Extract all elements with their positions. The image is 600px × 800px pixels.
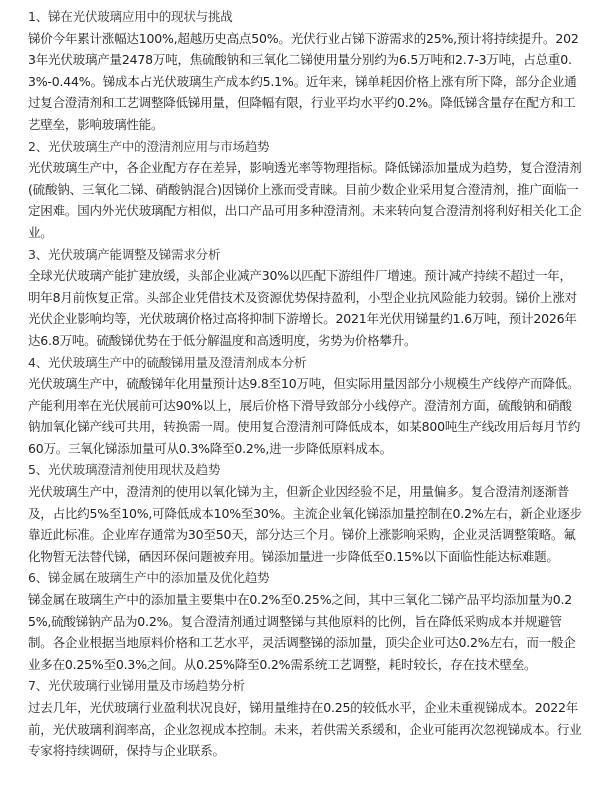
section-heading: 4、光伏玻璃生产中的硫酸锑用量及澄清剂成本分析 [28,352,582,374]
section-paragraph: 过去几年，光伏玻璃行业盈利状况良好，锑用量维持在0.25的较低水平，企业未重视锑… [28,697,582,762]
section-2: 2、光伏玻璃生产中的澄清剂应用与市场趋势 光伏玻璃生产中，各企业配方存在差异，影… [28,136,582,244]
section-paragraph: 锑金属在玻璃生产中的添加量主要集中在0.2%至0.25%之间，其中三氧化二锑产品… [28,589,582,675]
section-heading: 1、锑在光伏玻璃应用中的现状与挑战 [28,6,582,28]
section-paragraph: 全球光伏玻璃产能扩建放缓，头部企业减产30%以匹配下游组件厂增速。预计减产持续不… [28,265,582,351]
section-paragraph: (硫酸钠、三氧化二锑、硝酸钠混合)因锑价上涨而受青睐。目前少数企业采用复合澄清剂… [28,179,582,244]
section-5: 5、光伏玻璃澄清剂使用现状及趋势 光伏玻璃生产中，澄清剂的使用以氧化锑为主，但新… [28,459,582,567]
section-heading: 6、锑金属在玻璃生产中的添加量及优化趋势 [28,567,582,589]
section-heading: 7、光伏玻璃行业锑用量及市场趋势分析 [28,675,582,697]
document-body: 1、锑在光伏玻璃应用中的现状与挑战 锑价今年累计涨幅达100%,超越历史高点50… [0,0,600,762]
section-paragraph: 光伏玻璃生产中，澄清剂的使用以氧化锑为主，但新企业因经验不足，用量偏多。复合澄清… [28,481,582,567]
section-3: 3、光伏玻璃产能调整及锑需求分析 全球光伏玻璃产能扩建放缓，头部企业减产30%以… [28,244,582,352]
section-heading: 2、光伏玻璃生产中的澄清剂应用与市场趋势 [28,136,582,158]
section-1: 1、锑在光伏玻璃应用中的现状与挑战 锑价今年累计涨幅达100%,超越历史高点50… [28,6,582,136]
section-paragraph: 光伏玻璃生产中，各企业配方存在差异，影响透光率等物理指标。降低锑添加量成为趋势，… [28,157,582,179]
section-heading: 3、光伏玻璃产能调整及锑需求分析 [28,244,582,266]
section-6: 6、锑金属在玻璃生产中的添加量及优化趋势 锑金属在玻璃生产中的添加量主要集中在0… [28,567,582,675]
section-4: 4、光伏玻璃生产中的硫酸锑用量及澄清剂成本分析 光伏玻璃生产中，硫酸锑年化用量预… [28,352,582,460]
section-paragraph: 光伏玻璃生产中，硫酸锑年化用量预计达9.8至10万吨，但实际用量因部分小规模生产… [28,373,582,459]
section-heading: 5、光伏玻璃澄清剂使用现状及趋势 [28,459,582,481]
section-paragraph: 锑价今年累计涨幅达100%,超越历史高点50%。光伏行业占锑下游需求的25%,预… [28,28,582,136]
section-7: 7、光伏玻璃行业锑用量及市场趋势分析 过去几年，光伏玻璃行业盈利状况良好，锑用量… [28,675,582,761]
